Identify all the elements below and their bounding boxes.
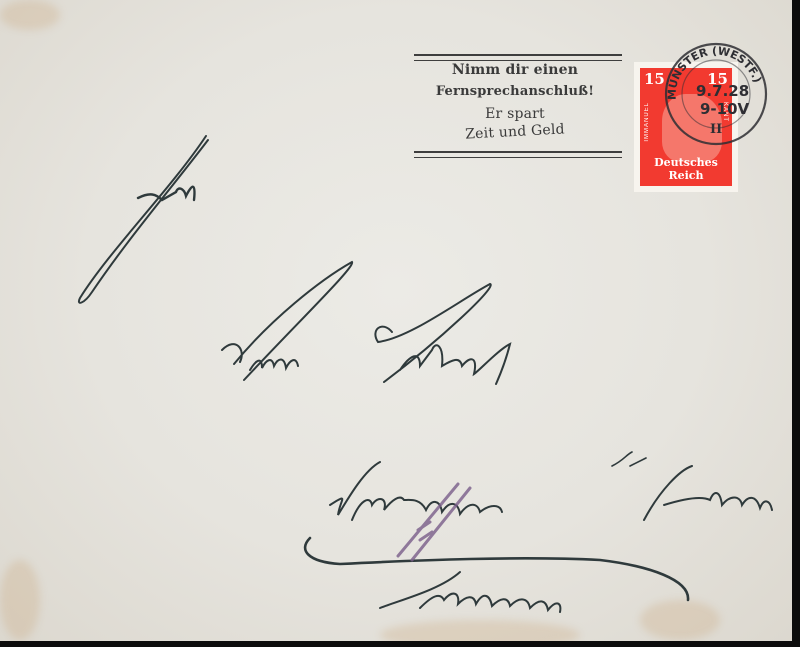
envelope: Nimm dir einen Fernsprechanschluß! Er sp… [0, 0, 792, 641]
handwritten-address [0, 0, 792, 641]
